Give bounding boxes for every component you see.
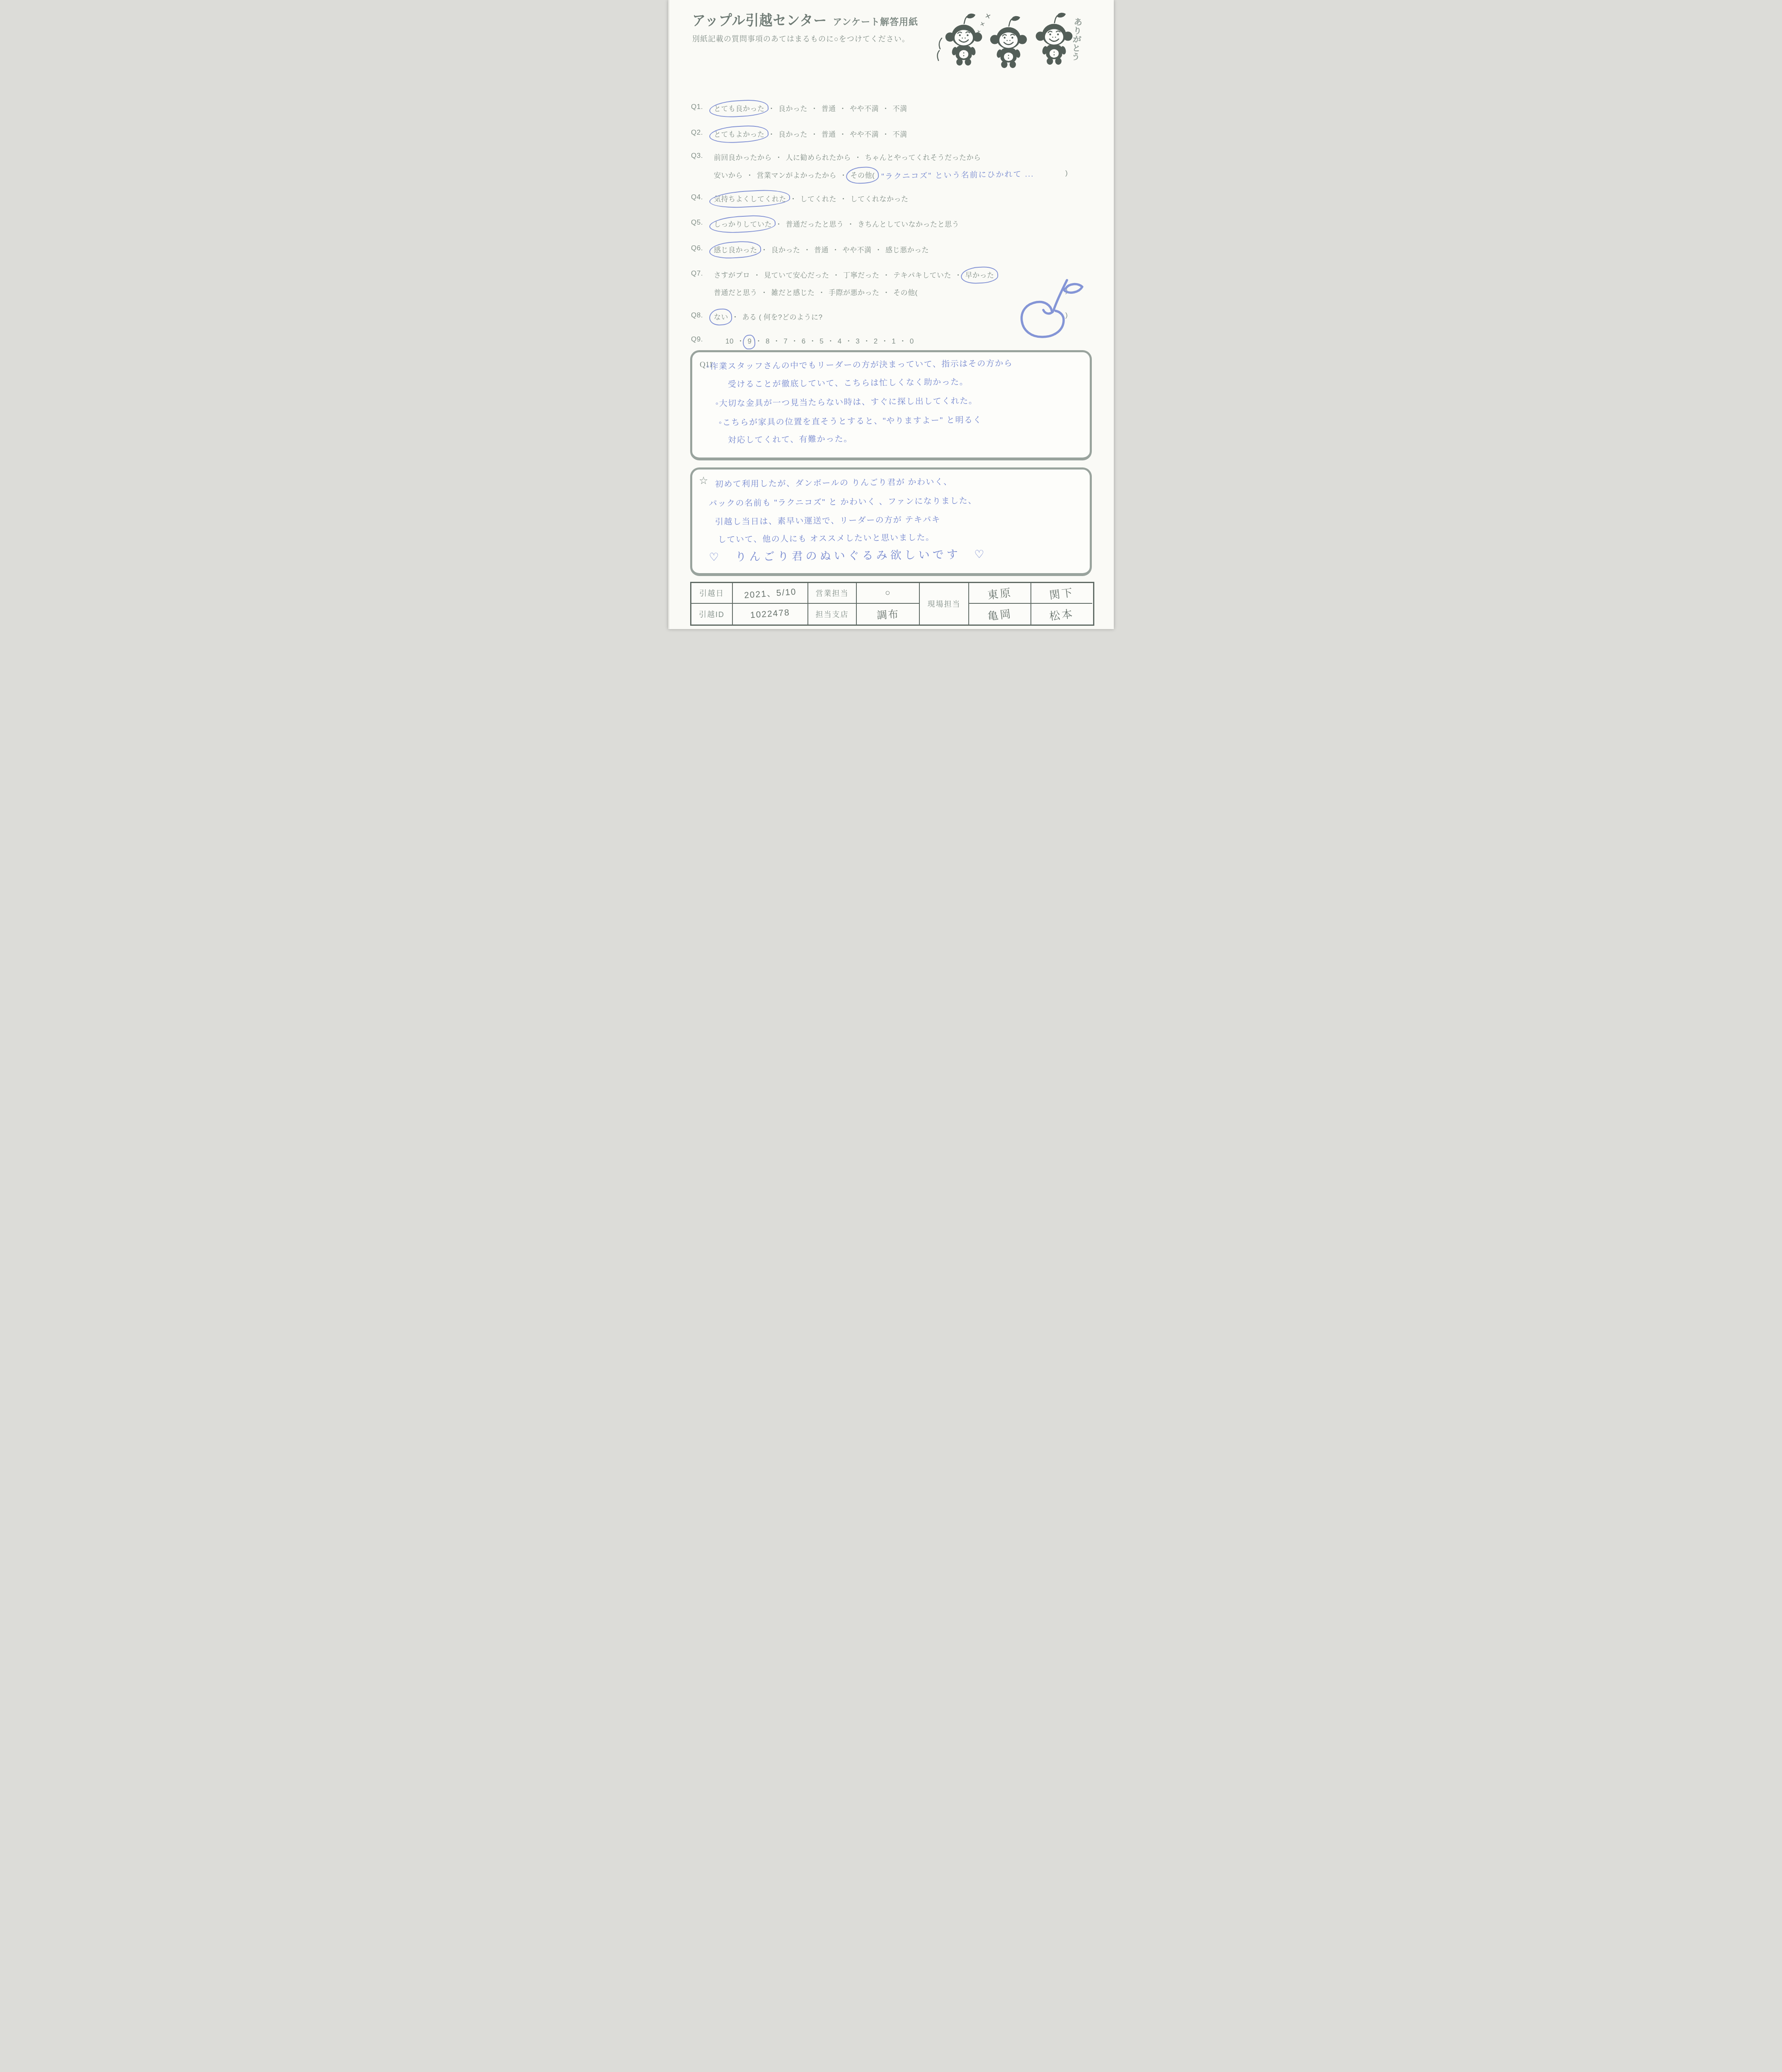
option-separator: ・ (791, 337, 798, 345)
option-separator: ・ (839, 131, 847, 138)
option: 営業マンがよかったから (757, 169, 837, 180)
question-row: Q6.感じ良かった・良かった・普通・やや不満・感じ悪かった (668, 244, 1114, 255)
option: 10 (725, 337, 734, 346)
thanks-char: あ (1074, 18, 1083, 27)
option-group: しっかりしていた・普通だったと思う・きちんとしていなかったと思う (714, 218, 959, 229)
option-separator: ・ (847, 220, 855, 228)
option-group: 感じ良かった・良かった・普通・やや不満・感じ悪かった (714, 244, 929, 254)
site-label-cell: 現場担当 (920, 583, 969, 625)
option: 普通 (814, 244, 829, 254)
question-row: Q2.とてもよかった・良かった・普通・やや不満・不満 (668, 128, 1114, 139)
option-separator: ・ (899, 337, 907, 345)
question-row: 安いから・営業マンがよかったから・その他("ラクニコズ" という名前にひかれて … (668, 169, 1114, 180)
option-separator: ・ (737, 337, 744, 345)
option: 前回良かったから (714, 152, 772, 162)
handwritten-answer: "ラクニコズ" という名前にひかれて ... (881, 168, 1034, 182)
option-circled: ない (714, 311, 728, 322)
move-date-label-cell: 引越日 (691, 583, 733, 604)
option-separator: ・ (811, 105, 818, 113)
option-separator: ・ (755, 337, 762, 345)
question-label: Q1. (691, 103, 703, 111)
move-id-value-cell: 1022478 (733, 604, 808, 625)
option-separator: ・ (775, 220, 783, 228)
footer-table: 引越日 2021、5/10 営業担当 ○ 現場担当 東原 関下 引越ID 102… (690, 582, 1094, 626)
question-label: Q3. (691, 152, 703, 160)
option: やや不満 (843, 244, 872, 254)
site-name: 関下 (1048, 584, 1075, 602)
question-label: Q9. (691, 335, 703, 344)
free-comment-line: していて、他の人にも オススメしたいと思いました。 (718, 530, 935, 545)
option: 5 (819, 337, 824, 346)
option: 不満 (893, 103, 907, 113)
sales-label: 営業担当 (816, 588, 849, 598)
option: 普通だったと思う (786, 218, 844, 229)
option-separator: ・ (854, 154, 862, 162)
free-comment-box: ☆ 初めて利用したが、ダンボールの りんごり君が かわいく、パックの名前も "ラ… (690, 467, 1092, 576)
option: 安いから (714, 169, 743, 180)
option-separator: ・ (761, 246, 768, 254)
page-subtitle: アンケート解答用紙 (833, 15, 918, 28)
option-circled: 気持ちよくしてくれた (714, 193, 786, 203)
option-group: 前回良かったから・人に勧められたから・ちゃんとやってくれそうだったから (714, 152, 981, 162)
option: 人に勧められたから (786, 152, 851, 162)
move-date-value-cell: 2021、5/10 (733, 583, 808, 604)
option: 0 (910, 337, 914, 346)
option-separator: ・ (882, 131, 890, 138)
thanks-char: り (1073, 27, 1081, 36)
question-label: Q8. (691, 311, 703, 320)
branch-value-cell: 調布 (857, 604, 920, 625)
option-group: 普通だと思う・雑だと感じた・手際が悪かった・その他( (714, 287, 918, 297)
move-date-value: 2021、5/10 (744, 585, 797, 601)
branch-value: 調布 (876, 606, 899, 622)
option-separator: ・ (773, 337, 781, 345)
option-separator: ・ (840, 172, 847, 179)
option-circled: 感じ良かった (714, 244, 757, 254)
option-separator: ・ (955, 271, 962, 279)
sales-label-cell: 営業担当 (808, 583, 857, 604)
question-row: Q1.とても良かった・良かった・普通・やや不満・不満 (668, 103, 1114, 114)
question-row: Q3.前回良かったから・人に勧められたから・ちゃんとやってくれそうだったから (668, 152, 1114, 162)
site-label: 現場担当 (928, 598, 961, 609)
question-label: Q5. (691, 218, 703, 227)
free-comment-line: 引越し当日は、素早い運送で、リーダーの方が テキパキ (715, 513, 941, 527)
option: やや不満 (850, 103, 879, 113)
option: 丁寧だった (843, 269, 880, 280)
option-separator: ・ (754, 271, 761, 279)
option-separator: ・ (818, 289, 826, 297)
option-separator: ・ (882, 105, 890, 113)
q11-handwritten-line: 対応してくれて、有難かった。 (728, 432, 853, 445)
free-comment-line: パックの名前も "ラクニコズ" と かわいく 、ファンになりました、 (709, 494, 977, 509)
option-separator: ・ (863, 337, 870, 345)
site-name-cell: 松本 (1031, 604, 1092, 625)
option-group: 10・9・8・7・6・5・4・3・2・1・0 (725, 335, 914, 346)
option-group: とても良かった・良かった・普通・やや不満・不満 (714, 103, 907, 113)
option-group: 安いから・営業マンがよかったから・その他("ラクニコズ" という名前にひかれて … (714, 169, 1034, 180)
move-date-label: 引越日 (699, 588, 724, 598)
option-group: 気持ちよくしてくれた・してくれた・してくれなかった (714, 193, 909, 203)
option: やや不満 (850, 128, 879, 139)
option: ちゃんとやってくれそうだったから (865, 152, 981, 162)
option: その他( (893, 287, 918, 297)
option: 2 (874, 337, 878, 346)
question-row: Q4.気持ちよくしてくれた・してくれた・してくれなかった (668, 193, 1114, 204)
move-id-label-cell: 引越ID (691, 604, 733, 625)
option-circled: 早かった (965, 269, 994, 280)
option: 良かった (778, 103, 807, 113)
thanks-char: が (1072, 35, 1081, 45)
free-comment-line: 初めて利用したが、ダンボールの りんごり君が かわいく、 (715, 475, 953, 489)
option-separator: ・ (839, 105, 847, 113)
option: 見ていて安心だった (764, 269, 829, 280)
apple-doodle-icon (1011, 274, 1089, 343)
option: 普通 (822, 128, 836, 139)
option-separator: ・ (775, 154, 783, 162)
site-name: 亀岡 (987, 605, 1013, 623)
q11-handwritten-line: ◦大切な金具が一つ見当たらない時は、すぐに探し出してくれた。 (715, 394, 977, 409)
option-separator: ・ (883, 289, 890, 297)
option-circled: とても良かった (714, 103, 765, 113)
option-separator: ・ (809, 337, 817, 345)
sales-value-cell: ○ (857, 583, 920, 604)
page-title: アップル引越センター (692, 9, 827, 30)
option-separator: ・ (833, 271, 840, 279)
q11-handwritten-line: 受けることが徹底していて、こちらは忙しくなく助かった。 (728, 375, 968, 390)
option: 不満 (893, 128, 907, 139)
option-separator: ・ (883, 271, 890, 279)
site-name: 東原 (987, 584, 1013, 602)
site-name-cell: 亀岡 (969, 604, 1031, 625)
option: テキパキしていた (893, 269, 951, 280)
option-group: ない・ある ( 何を?どのように? (714, 311, 823, 322)
q11-handwritten-line: ◦作業スタッフさんの中でもリーダーの方が決まっていて、指示はその方から (706, 356, 1013, 372)
question-label: Q7. (691, 269, 703, 278)
q11-comment-box: Q11. ◦作業スタッフさんの中でもリーダーの方が決まっていて、指示はその方から… (690, 350, 1092, 460)
option-circled: 9 (747, 337, 752, 346)
option: してくれなかった (851, 193, 909, 203)
option-separator: ・ (832, 246, 839, 254)
option-separator: ・ (840, 195, 847, 203)
option: ある ( 何を?どのように? (742, 311, 823, 322)
option: 手際が悪かった (829, 287, 880, 297)
option: 良かった (771, 244, 800, 254)
option: 4 (838, 337, 842, 346)
question-label: Q2. (691, 128, 703, 137)
option: 雑だと感じた (771, 287, 815, 297)
question-label: Q4. (691, 193, 703, 201)
instruction-text: 別紙記載の質問事項のあてはまるものに○をつけてください。 (692, 33, 910, 44)
star-icon: ☆ (699, 474, 708, 487)
option-separator: ・ (790, 195, 797, 203)
option: 8 (766, 337, 770, 346)
option-separator: ・ (881, 337, 889, 345)
option: 6 (802, 337, 806, 346)
option-separator: ・ (804, 246, 811, 254)
q11-handwritten-line: ◦こちらが家具の位置を直そうとすると、"やりますよー" と明るく (719, 413, 982, 428)
option-separator: ・ (746, 172, 754, 179)
branch-label: 担当支店 (816, 609, 849, 620)
option-circled: とてもよかった (714, 128, 765, 139)
move-id-label: 引越ID (699, 609, 725, 620)
branch-label-cell: 担当支店 (808, 604, 857, 625)
option-separator: ・ (768, 105, 776, 113)
free-comment-highlight: ♡ りんごり君のぬいぐるみ欲しいです ♡ (709, 545, 987, 564)
sales-value: ○ (885, 588, 891, 598)
option: 3 (856, 337, 860, 346)
survey-sheet: アップル引越センターアンケート解答用紙 別紙記載の質問事項のあてはまるものに○を… (668, 0, 1114, 629)
option-separator: ・ (732, 313, 739, 321)
option: 感じ悪かった (885, 244, 929, 254)
option: 7 (783, 337, 788, 346)
option: 普通だと思う (714, 287, 757, 297)
option-separator: ・ (768, 131, 776, 138)
option: 普通 (822, 103, 836, 113)
option: きちんとしていなかったと思う (858, 218, 959, 229)
option: 1 (892, 337, 896, 346)
site-name: 松本 (1048, 605, 1075, 623)
site-name-cell: 東原 (969, 583, 1031, 604)
option-separator: ・ (827, 337, 834, 345)
header: アップル引越センターアンケート解答用紙 (692, 10, 918, 29)
option-group: さすがプロ・見ていて安心だった・丁寧だった・テキパキしていた・早かった (714, 269, 994, 280)
option: さすがプロ (714, 269, 750, 280)
option-group: とてもよかった・良かった・普通・やや不満・不満 (714, 128, 907, 139)
option-separator: ・ (761, 289, 768, 297)
move-id-value: 1022478 (750, 608, 790, 621)
option-separator: ・ (875, 246, 883, 254)
close-paren: ) (1065, 169, 1068, 177)
option-separator: ・ (845, 337, 853, 345)
option-circled: しっかりしていた (714, 218, 772, 229)
option-separator: ・ (811, 131, 818, 138)
option: 良かった (778, 128, 807, 139)
site-name-cell: 関下 (1031, 583, 1092, 604)
question-row: Q5.しっかりしていた・普通だったと思う・きちんとしていなかったと思う (668, 218, 1114, 229)
option: してくれた (800, 193, 837, 203)
question-label: Q6. (691, 244, 703, 252)
option-circled: その他( (851, 169, 875, 180)
